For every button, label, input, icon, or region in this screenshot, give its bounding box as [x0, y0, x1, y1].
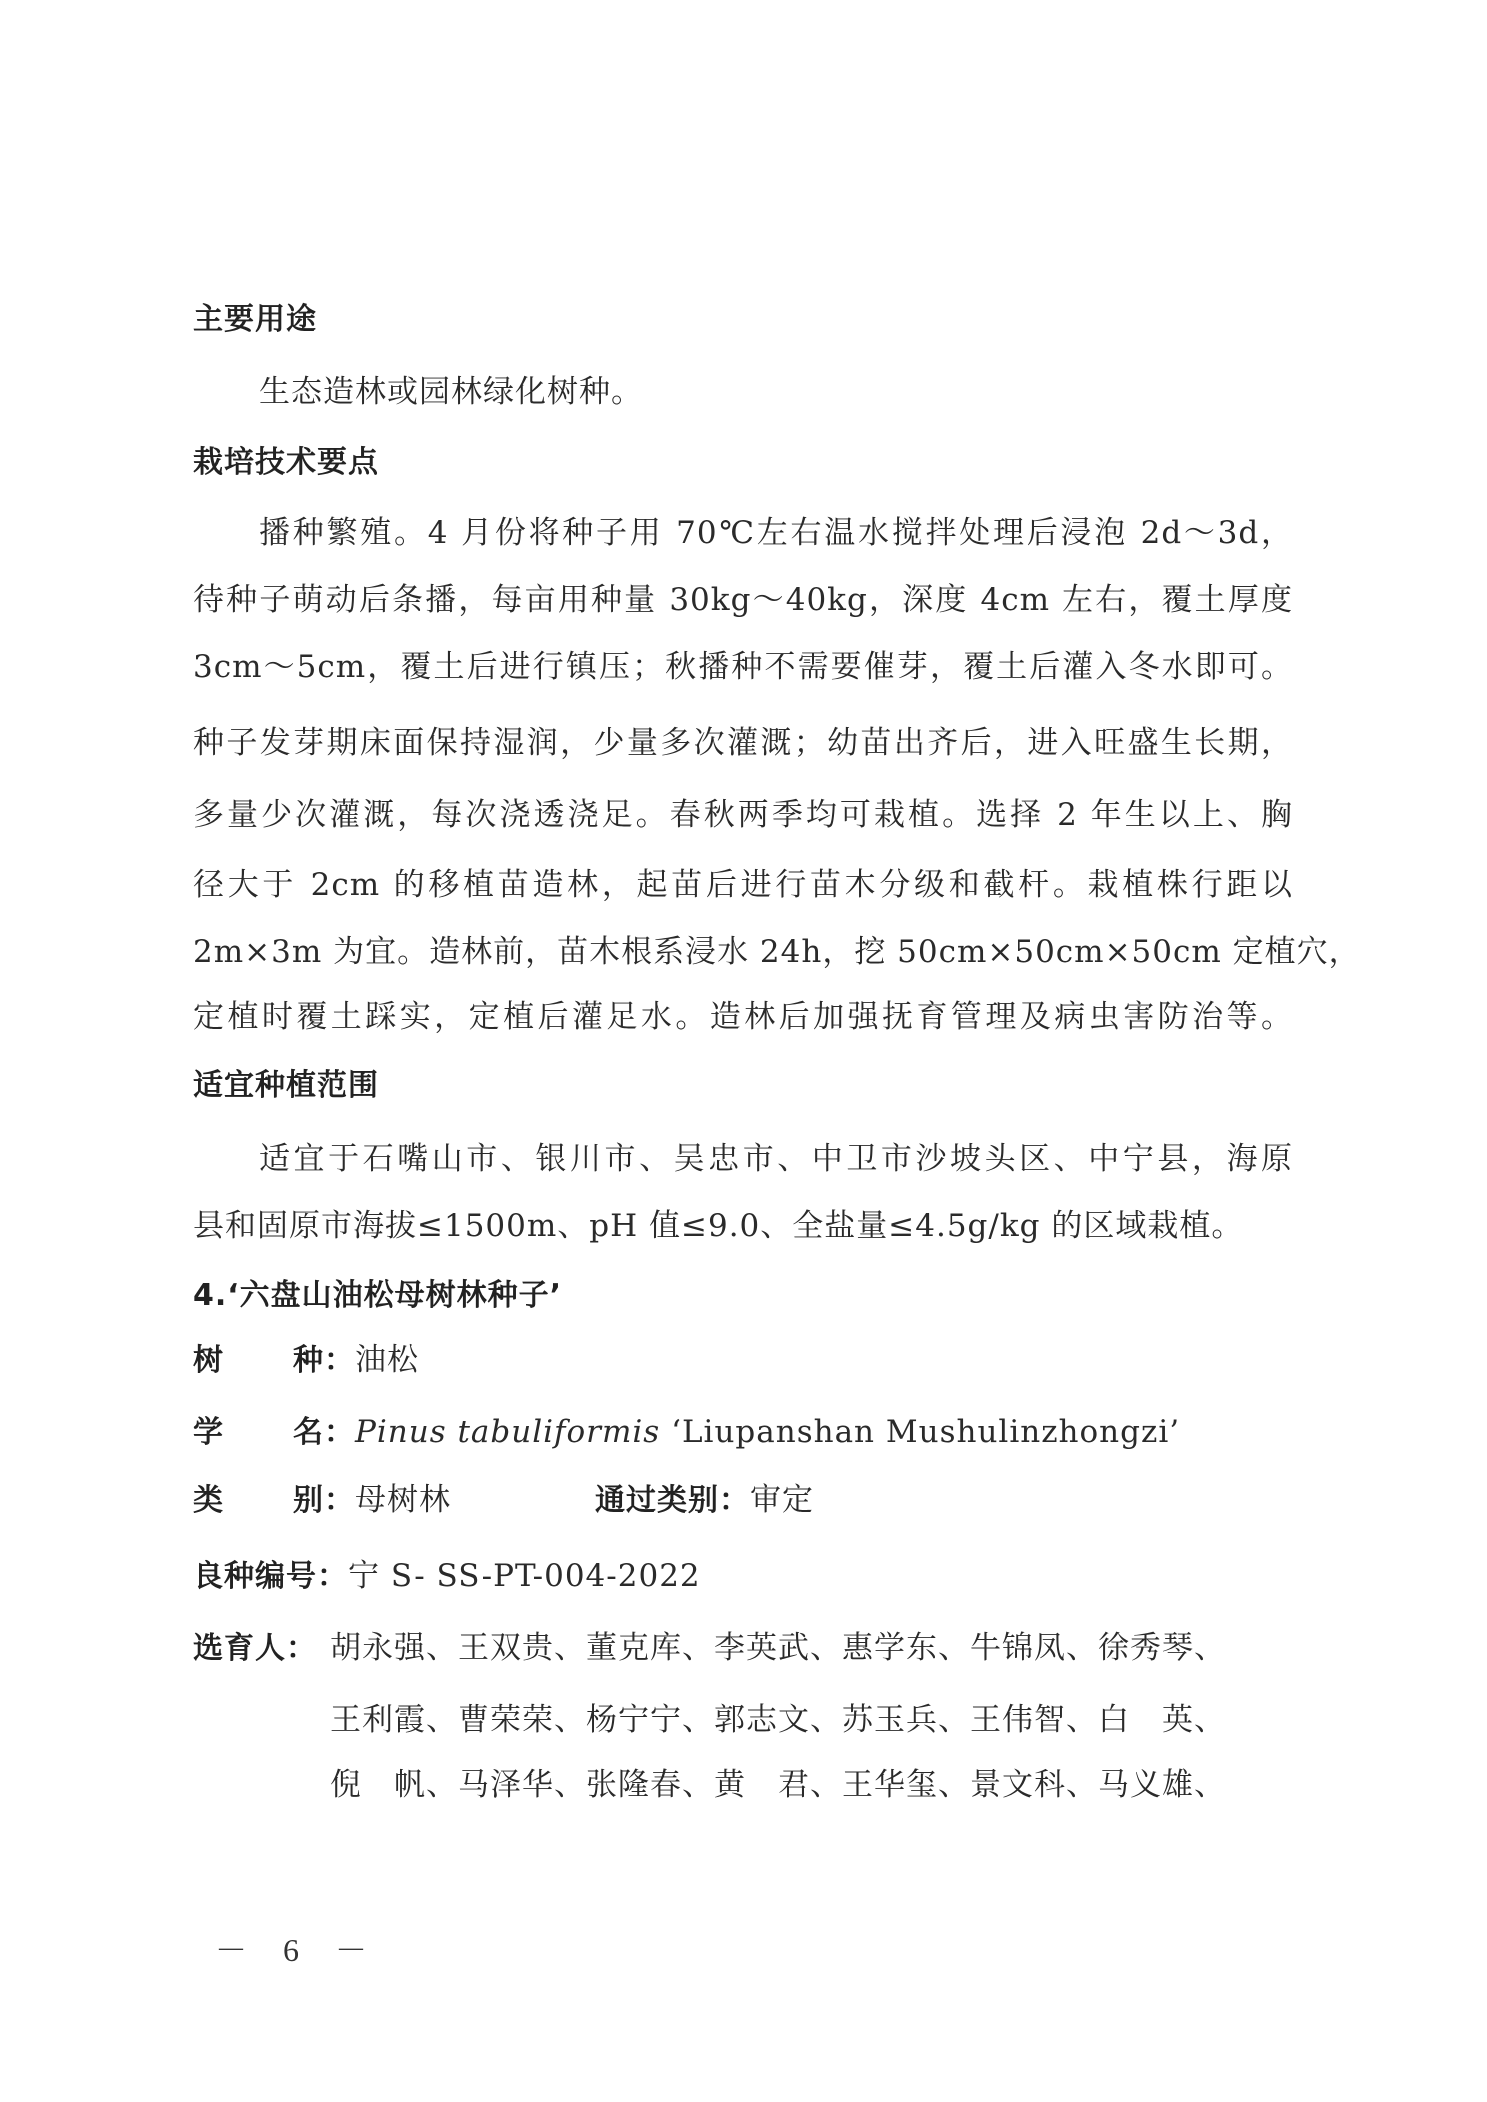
- section-heading-cultivation: 栽培技术要点: [193, 443, 1293, 483]
- approval-value: 审定: [750, 1480, 814, 1520]
- sci-genus-species: Pinus tabuliformis: [355, 1412, 660, 1452]
- code-value: 宁 S- SS-PT-004-2022: [348, 1556, 701, 1596]
- species-value: 油松: [355, 1340, 419, 1380]
- cultivation-line: 种子发芽期床面保持湿润，少量多次灌溉；幼苗出齐后，进入旺盛生长期，: [193, 723, 1293, 763]
- cultivation-line: 定植时覆土踩实，定植后灌足水。造林后加强抚育管理及病虫害防治等。: [193, 997, 1293, 1037]
- category-label-2: 别：: [293, 1481, 355, 1521]
- cultivation-line: 3cm～5cm，覆土后进行镇压；秋播种不需要催芽，覆土后灌入冬水即可。: [193, 647, 1293, 687]
- breeders-line: 王利霞、曹荣荣、杨宁宁、郭志文、苏玉兵、王伟智、白 英、: [330, 1700, 1293, 1740]
- cultivation-line: 2m×3m 为宜。造林前，苗木根系浸水 24h，挖 50cm×50cm×50cm…: [193, 932, 1293, 972]
- species-label-2: 种：: [293, 1341, 355, 1381]
- breeders-line: 倪 帆、马泽华、张隆春、黄 君、王华玺、景文科、马义雄、: [330, 1765, 1293, 1805]
- cultivation-line: 待种子萌动后条播，每亩用种量 30kg～40kg，深度 4cm 左右，覆土厚度: [193, 580, 1293, 620]
- category-value: 母树林: [355, 1480, 595, 1520]
- sci-label-2: 名：: [293, 1413, 355, 1453]
- category-label-1: 类: [193, 1481, 293, 1521]
- code-row: 良种编号：宁 S- SS-PT-004-2022: [193, 1556, 1293, 1596]
- code-label: 良种编号：: [193, 1557, 348, 1597]
- breeders-label: 选育人：: [193, 1629, 330, 1669]
- main-use-text: 生态造林或园林绿化树种。: [193, 372, 1293, 412]
- sci-cultivar: ‘Liupanshan Mushulinzhongzi’: [660, 1412, 1180, 1452]
- cultivation-line: 播种繁殖。4 月份将种子用 70℃左右温水搅拌处理后浸泡 2d～3d，: [193, 513, 1293, 553]
- sci-label-1: 学: [193, 1413, 293, 1453]
- breeders-line: 胡永强、王双贵、董克库、李英武、惠学东、牛锦凤、徐秀琴、: [330, 1628, 1226, 1668]
- section-heading-main-use: 主要用途: [193, 300, 1293, 340]
- cultivation-line: 径大于 2cm 的移植苗造林，起苗后进行苗木分级和截杆。栽植株行距以: [193, 865, 1293, 905]
- section-heading-planting-range: 适宜种植范围: [193, 1066, 1293, 1106]
- planting-range-line: 适宜于石嘴山市、银川市、吴忠市、中卫市沙坡头区、中宁县，海原: [193, 1139, 1293, 1179]
- category-row: 类别：母树林通过类别：审定: [193, 1480, 1293, 1520]
- document-page: 主要用途 生态造林或园林绿化树种。 栽培技术要点 播种繁殖。4 月份将种子用 7…: [0, 0, 1487, 2102]
- species-label-1: 树: [193, 1341, 293, 1381]
- breeders-row: 选育人：胡永强、王双贵、董克库、李英武、惠学东、牛锦凤、徐秀琴、: [193, 1628, 1293, 1668]
- cultivation-line: 多量少次灌溉，每次浇透浇足。春秋两季均可栽植。选择 2 年生以上、胸: [193, 795, 1293, 835]
- page-number: － 6 －: [215, 1925, 381, 1971]
- species-row: 树种：油松: [193, 1340, 1293, 1380]
- approval-label: 通过类别：: [595, 1481, 750, 1521]
- scientific-name-row: 学名：Pinus tabuliformis ‘Liupanshan Mushul…: [193, 1412, 1293, 1452]
- planting-range-line: 县和固原市海拔≤1500m、pH 值≤9.0、全盐量≤4.5g/kg 的区域栽植…: [193, 1206, 1293, 1246]
- entry-title: 4.‘六盘山油松母树林种子’: [193, 1276, 1293, 1316]
